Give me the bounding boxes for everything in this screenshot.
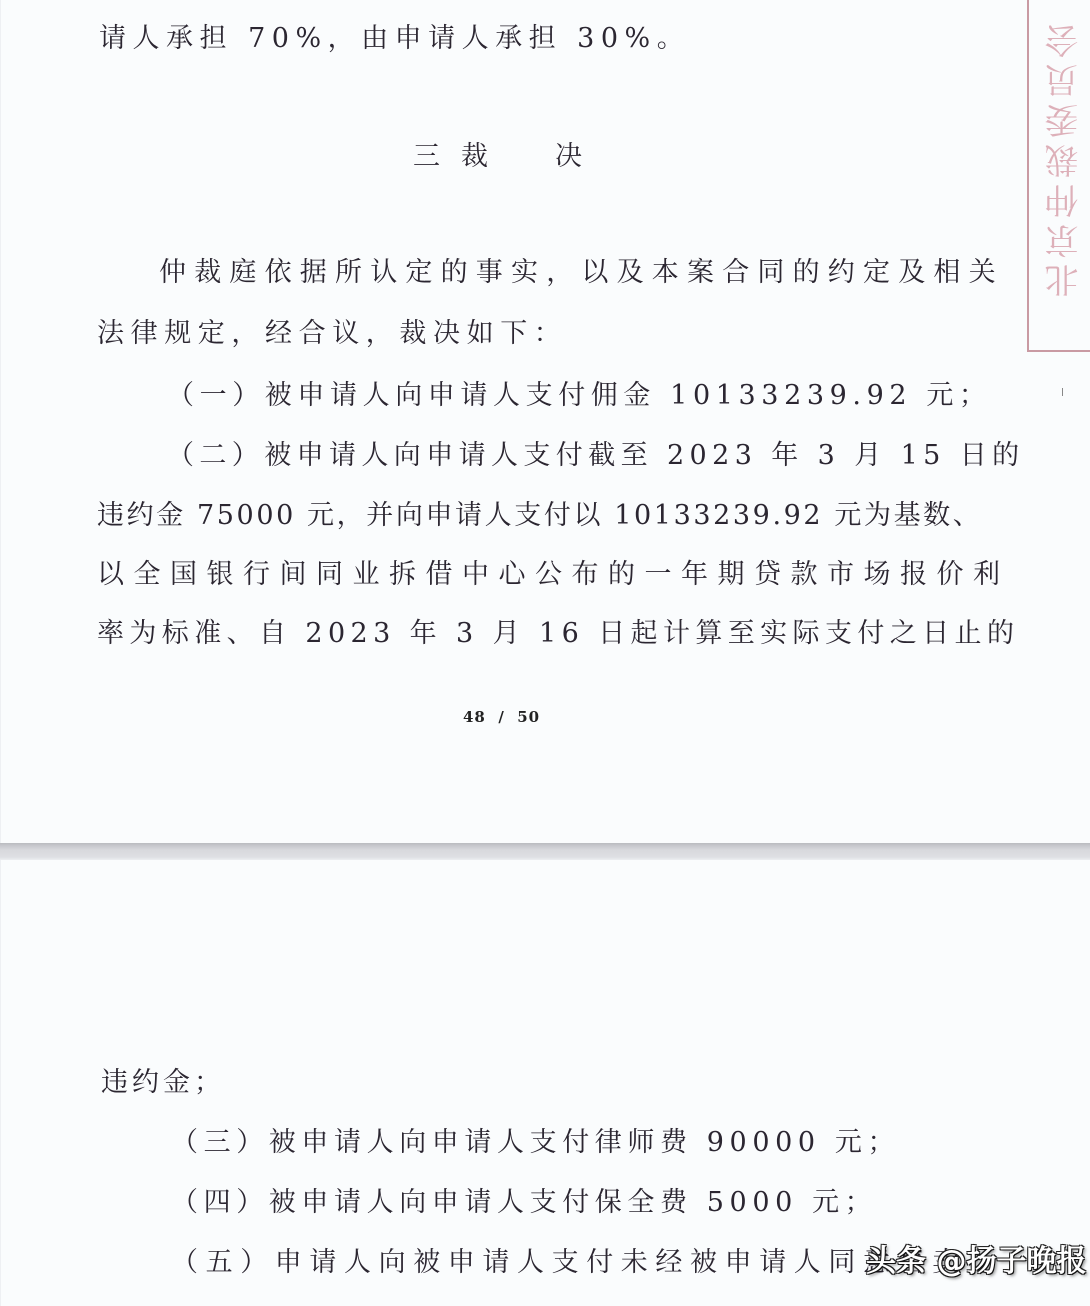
award-item-2-line-5: 违约金； xyxy=(101,1066,225,1100)
text-line-intro-1: 仲裁庭依据所认定的事实，以及本案合同的约定及相关 xyxy=(159,256,1004,290)
seal-text: 北京仲裁委员会 xyxy=(1043,18,1083,298)
award-item-5: （五）申请人向被申请人支付未经被申请人同意售卖 xyxy=(171,1246,967,1280)
award-item-2-line-2: 违约金 75000 元，并向申请人支付以 10133239.92 元为基数、 xyxy=(97,499,982,533)
document-page-49: 违约金； （三）被申请人向申请人支付律师费 90000 元； （四）被申请人向申… xyxy=(0,860,1090,1306)
section-heading-award: 三 裁 决 xyxy=(413,140,593,174)
arbitration-commission-seal: 北京仲裁委员会 xyxy=(1027,0,1090,352)
award-item-2-line-1: （二）被申请人向申请人支付截至 2023 年 3 月 15 日的 xyxy=(167,439,1025,473)
text-line-cost-share: 请人承担 70%，由申请人承担 30%。 xyxy=(99,22,690,56)
heading-number: 三 xyxy=(413,140,440,174)
award-item-3: （三）被申请人向申请人支付律师费 90000 元； xyxy=(171,1126,900,1160)
page-number: 48 / 50 xyxy=(463,708,540,726)
text-line-intro-2: 法律规定，经合议，裁决如下： xyxy=(97,317,567,351)
award-item-2-line-4: 率为标准、自 2023 年 3 月 16 日起计算至实际支付之日止的 xyxy=(97,617,1019,651)
margin-mark xyxy=(1062,388,1063,396)
document-page-48: 请人承担 70%，由申请人承担 30%。 三 裁 决 仲裁庭依据所认定的事实，以… xyxy=(0,0,1090,843)
award-item-1: （一）被申请人向申请人支付佣金 10133239.92 元； xyxy=(167,379,992,413)
source-watermark: 头条 @扬子晚报 xyxy=(866,1244,1086,1280)
heading-word-2: 决 xyxy=(555,140,582,174)
page-separator xyxy=(0,843,1090,860)
heading-word-1: 裁 xyxy=(461,140,488,174)
award-item-2-line-3: 以全国银行间同业拆借中心公布的一年期贷款市场报价利 xyxy=(97,558,1010,592)
award-item-4: （四）被申请人向申请人支付保全费 5000 元； xyxy=(171,1186,877,1220)
